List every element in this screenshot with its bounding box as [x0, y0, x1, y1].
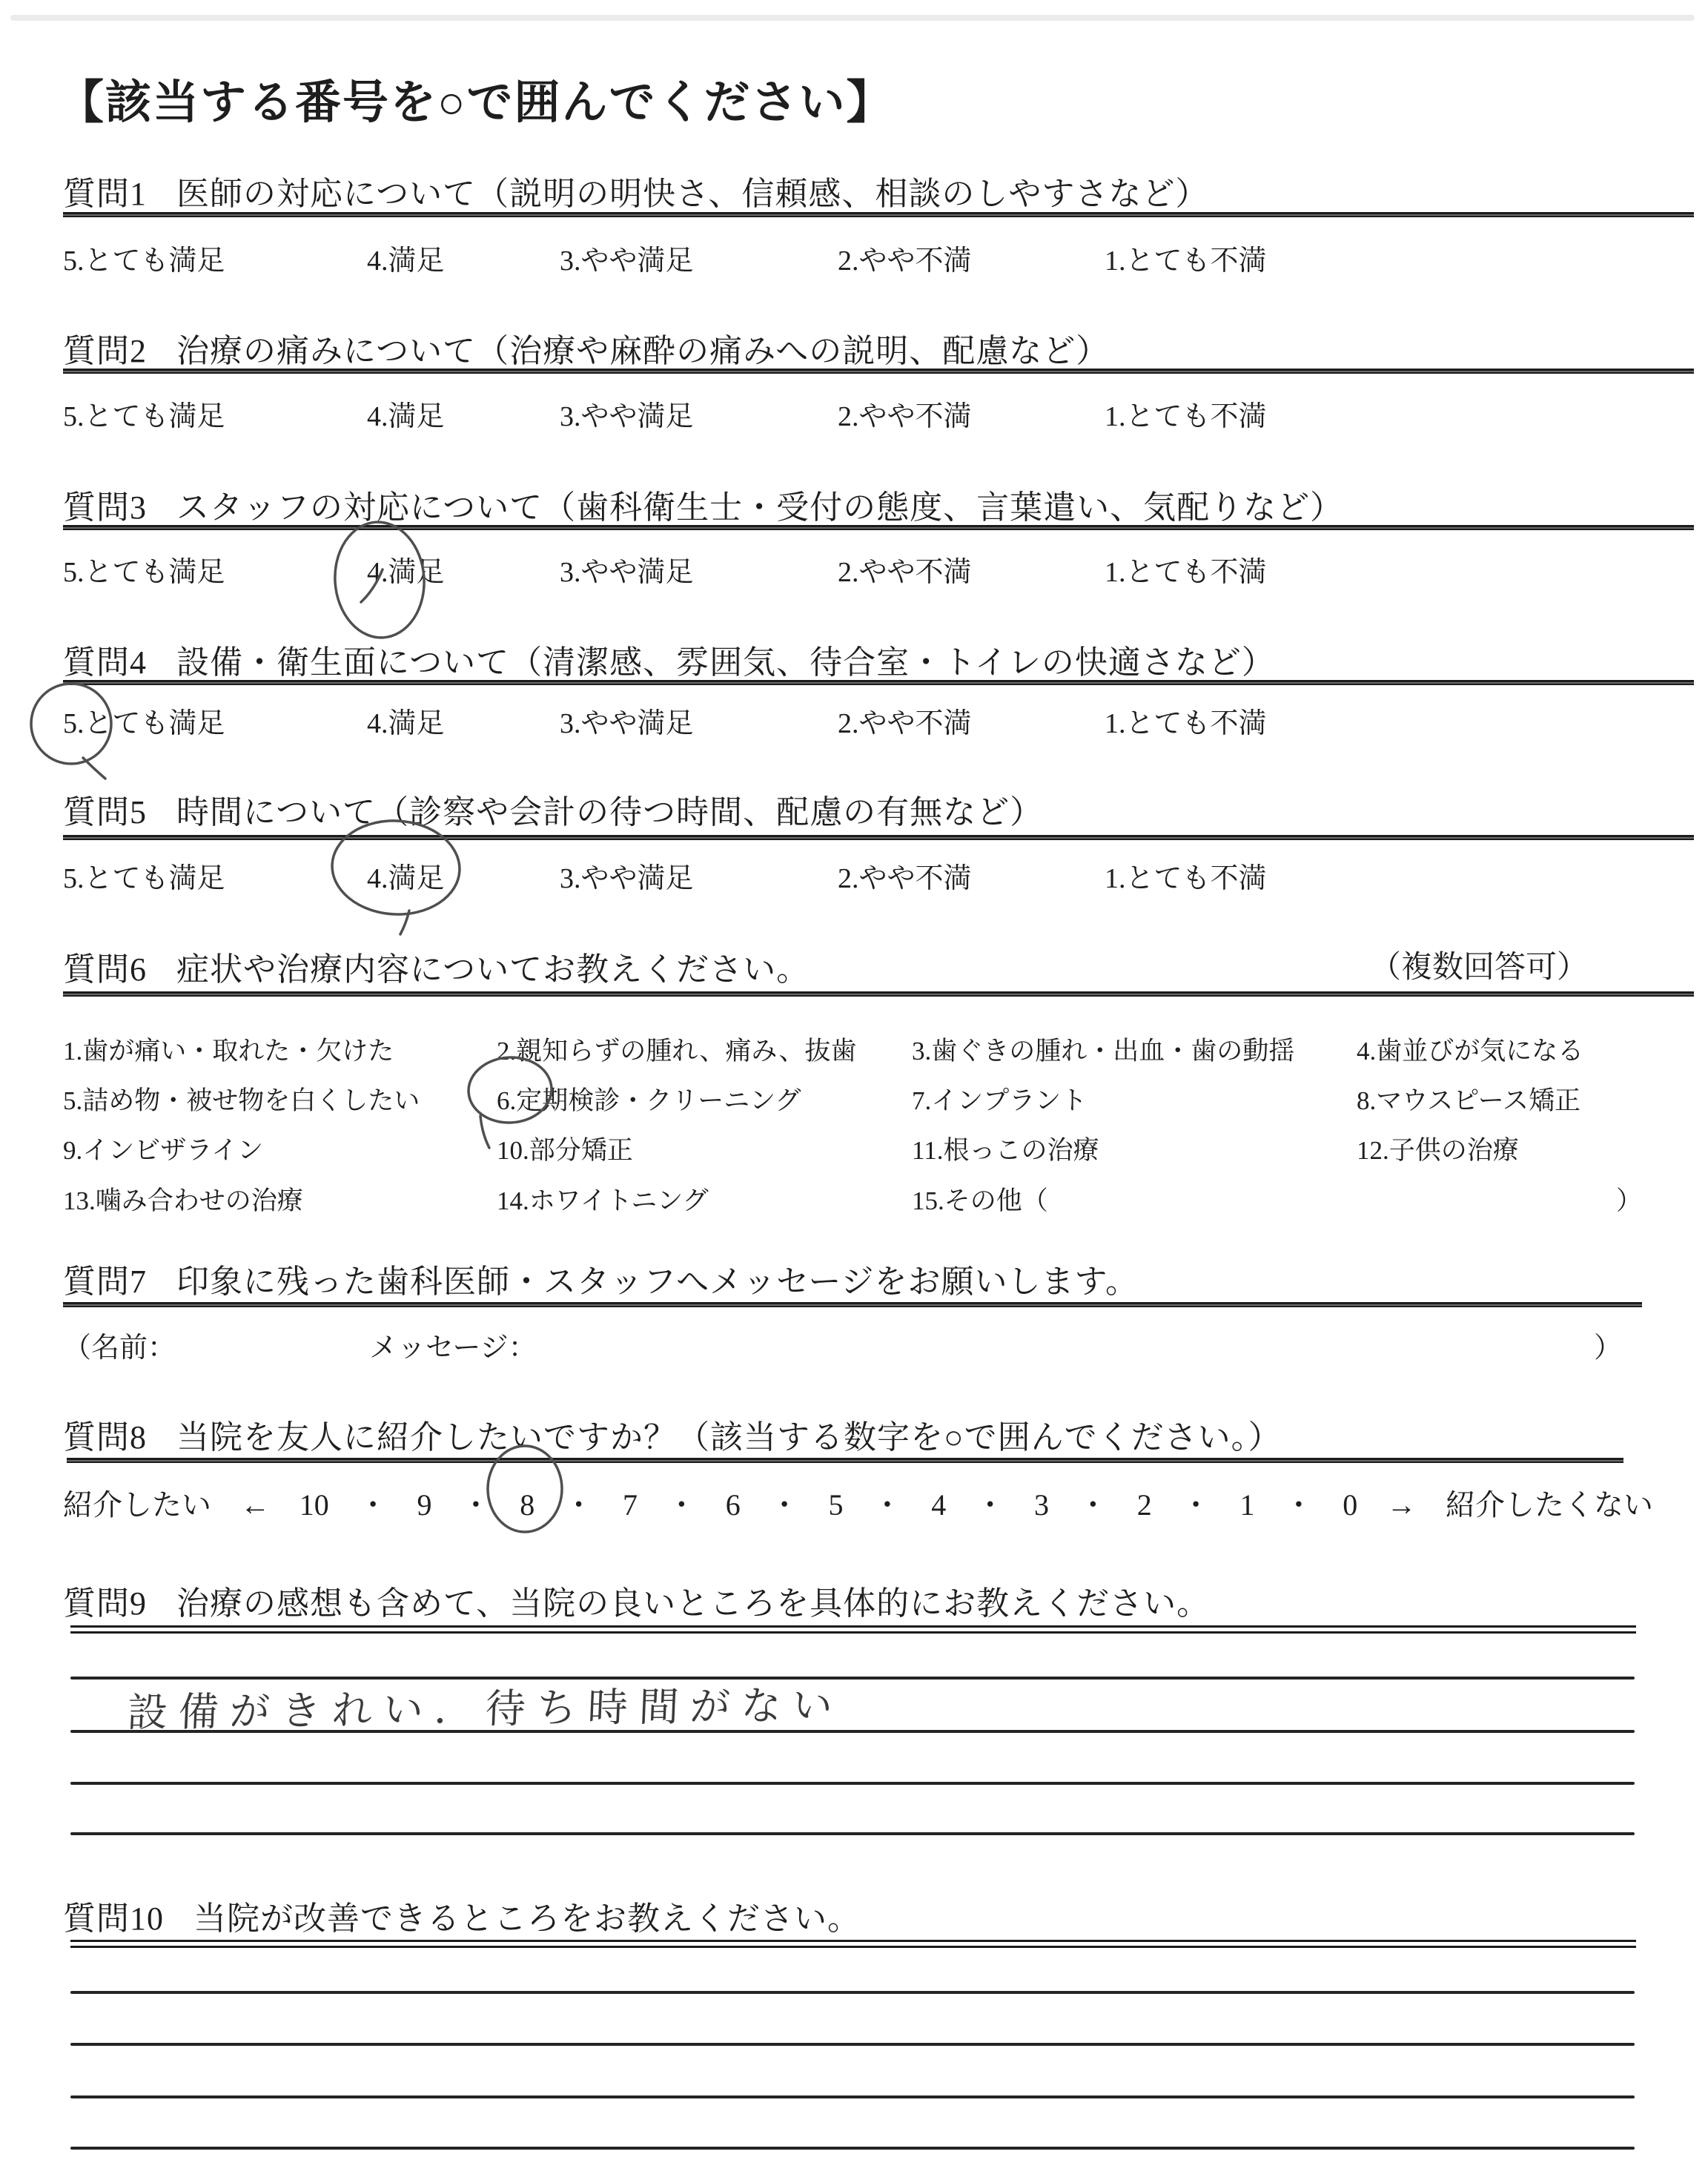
- question-5-label: 質問5: [63, 785, 147, 833]
- q8-scale-item: 1: [1240, 1487, 1255, 1522]
- q6-options-row-4: 13.噛み合わせの治療14.ホワイトニング15.その他（: [0, 1180, 1708, 1219]
- q8-scale-item: 7: [623, 1487, 638, 1522]
- question-7-label: 質問7: [63, 1255, 147, 1302]
- rating-option: 1.とても不満: [1105, 549, 1267, 589]
- q8-scale-item: ・: [666, 1482, 696, 1524]
- answer-circle-q4-tail: [83, 758, 105, 779]
- rating-option: 5.とても満足: [63, 393, 225, 434]
- q8-scale-item: ←: [240, 1487, 270, 1522]
- question-4-label: 質問4: [63, 635, 147, 683]
- writing-line: [70, 2147, 1635, 2150]
- q8-scale-item: 4: [931, 1487, 946, 1522]
- rating-option: 2.やや不満: [838, 855, 972, 896]
- writing-line: [70, 1832, 1635, 1835]
- q8-scale-item: 8: [520, 1487, 534, 1522]
- q7-message-field-label: メッセージ：: [369, 1324, 537, 1365]
- q8-scale-item: ・: [1181, 1482, 1211, 1524]
- rating-option: 2.やや不満: [838, 700, 972, 741]
- q6-option: 9.インビザライン: [63, 1130, 263, 1167]
- q8-scale-item: ・: [564, 1482, 594, 1524]
- rating-row-q3: 5.とても満足4.満足3.やや満足2.やや不満1.とても不満: [0, 549, 1708, 586]
- q7-close-paren: ）: [1594, 1324, 1622, 1365]
- question-9-text: 治療の感想も含めて、当院の良いところを具体的にお教えください。: [176, 1585, 1210, 1622]
- q6-option: 13.噛み合わせの治療: [63, 1180, 303, 1218]
- q6-option: 1.歯が痛い・取れた・欠けた: [63, 1031, 394, 1068]
- rule-q6: [63, 991, 1694, 997]
- q6-option: 12.子供の治療: [1357, 1130, 1519, 1167]
- rating-option: 3.やや満足: [560, 393, 694, 434]
- rating-option: 3.やや満足: [560, 855, 694, 896]
- rule-q4: [63, 680, 1694, 685]
- rating-row-q2: 5.とても満足4.満足3.やや満足2.やや不満1.とても不満: [0, 393, 1708, 430]
- question-5-text: 時間について（診察や会計の待つ時間、配慮の有無など）: [176, 794, 1043, 830]
- rating-option: 1.とても不満: [1105, 393, 1267, 434]
- writing-line: [70, 1991, 1635, 1994]
- rating-row-q1: 5.とても満足4.満足3.やや満足2.やや不満1.とても不満: [0, 237, 1708, 274]
- q6-option: 4.歯並びが気になる: [1357, 1031, 1583, 1068]
- q6-option: 7.インプラント: [912, 1080, 1087, 1117]
- rule-q1: [63, 212, 1694, 217]
- question-6-text: 症状や治療内容についてお教えください。: [176, 951, 810, 988]
- question-2-title: 質問2治療の痛みについて（治療や麻酔の痛みへの説明、配慮など）: [63, 324, 1109, 371]
- q8-scale-item: 3: [1034, 1487, 1049, 1522]
- rating-row-q4: 5.とても満足4.満足3.やや満足2.やや不満1.とても不満: [0, 700, 1708, 737]
- question-6-note: （複数回答可）: [1370, 942, 1588, 987]
- writing-line: [70, 1730, 1635, 1733]
- question-5-title: 質問5時間について（診察や会計の待つ時間、配慮の有無など）: [63, 785, 1043, 833]
- rating-option: 3.やや満足: [560, 700, 694, 741]
- q8-nps-scale: 紹介したい←10・9・8・7・6・5・4・3・2・1・0→紹介したくない: [63, 1482, 1653, 1524]
- rating-option: 5.とても満足: [63, 700, 225, 741]
- q6-option: 5.詰め物・被せ物を白くしたい: [63, 1080, 420, 1117]
- q8-scale-item: →: [1387, 1487, 1417, 1522]
- q6-options-row-1: 1.歯が痛い・取れた・欠けた2.親知らずの腫れ、痛み、抜歯3.歯ぐきの腫れ・出血…: [0, 1031, 1708, 1069]
- form-title: 【該当する番号を○で囲んでください】: [58, 65, 893, 131]
- rating-option: 3.やや満足: [560, 549, 694, 589]
- q8-scale-item: 6: [726, 1487, 741, 1522]
- q6-option: 3.歯ぐきの腫れ・出血・歯の動揺: [912, 1031, 1294, 1068]
- q6-option: 10.部分矯正: [497, 1130, 633, 1167]
- question-8-text: 当院を友人に紹介したいですか？（該当する数字を○で囲んでください。）: [176, 1419, 1282, 1456]
- question-6-title: 質問6症状や治療内容についてお教えください。: [63, 942, 810, 990]
- question-3-label: 質問3: [63, 480, 147, 528]
- question-10-label: 質問10: [63, 1892, 164, 1939]
- q8-scale-item: ・: [873, 1482, 902, 1524]
- rating-option: 2.やや不満: [838, 237, 972, 278]
- q7-name-field-label: （名前：: [63, 1324, 176, 1365]
- rule-q9: [70, 1625, 1636, 1634]
- rating-option: 1.とても不満: [1105, 855, 1267, 896]
- question-8-label: 質問8: [63, 1410, 147, 1458]
- writing-line: [70, 2095, 1635, 2098]
- question-10-title: 質問10当院が改善できるところをお教えください。: [63, 1892, 861, 1939]
- question-3-title: 質問3スタッフの対応について（歯科衛生士・受付の態度、言葉遣い、気配りなど）: [63, 480, 1343, 528]
- rating-option: 4.満足: [367, 549, 445, 589]
- question-7-title: 質問7印象に残った歯科医師・スタッフへメッセージをお願いします。: [63, 1255, 1139, 1302]
- q8-scale-item: ・: [1284, 1482, 1314, 1524]
- rating-option: 4.満足: [367, 700, 445, 741]
- q6-option: 15.その他（: [912, 1180, 1048, 1218]
- rating-option: 5.とても満足: [63, 855, 225, 896]
- writing-line: [70, 1782, 1635, 1785]
- question-2-label: 質問2: [63, 324, 147, 371]
- q8-scale-item: 紹介したくない: [1446, 1482, 1653, 1524]
- rule-q7: [63, 1302, 1642, 1307]
- rule-q3: [63, 525, 1694, 530]
- q8-scale-item: ・: [769, 1482, 799, 1524]
- rating-option: 1.とても不満: [1105, 237, 1267, 278]
- q6-option: 8.マウスピース矯正: [1357, 1080, 1580, 1117]
- rating-option: 5.とても満足: [63, 237, 225, 278]
- rule-q2: [63, 369, 1694, 374]
- scan-artifact-line: [10, 15, 1695, 21]
- question-1-text: 医師の対応について（説明の明快さ、信頼感、相談のしやすさなど）: [176, 176, 1208, 212]
- q6-option: 11.根っこの治療: [912, 1130, 1099, 1167]
- rule-q8: [67, 1458, 1623, 1463]
- question-4-text: 設備・衛生面について（清潔感、雰囲気、待合室・トイレの快適さなど）: [176, 644, 1275, 681]
- rating-option: 1.とても不満: [1105, 700, 1267, 741]
- rating-option: 2.やや不満: [838, 393, 972, 434]
- writing-line: [70, 2043, 1635, 2046]
- question-1-label: 質問1: [63, 167, 147, 214]
- question-1-title: 質問1医師の対応について（説明の明快さ、信頼感、相談のしやすさなど）: [63, 167, 1208, 214]
- question-10-text: 当院が改善できるところをお教えください。: [193, 1900, 861, 1937]
- rule-q10: [70, 1940, 1636, 1948]
- q8-scale-item: 5: [829, 1487, 844, 1522]
- question-9-label: 質問9: [63, 1576, 147, 1624]
- q8-scale-item: 2: [1137, 1487, 1152, 1522]
- q8-scale-item: ・: [976, 1482, 1005, 1524]
- q8-scale-item: ・: [461, 1482, 491, 1524]
- survey-form-scan: 【該当する番号を○で囲んでください】 質問1医師の対応について（説明の明快さ、信…: [0, 0, 1708, 2160]
- question-9-title: 質問9治療の感想も含めて、当院の良いところを具体的にお教えください。: [63, 1576, 1210, 1624]
- rule-q5: [63, 835, 1694, 840]
- rating-option: 2.やや不満: [838, 549, 972, 589]
- q8-scale-item: 0: [1343, 1487, 1357, 1522]
- question-8-title: 質問8当院を友人に紹介したいですか？（該当する数字を○で囲んでください。）: [63, 1410, 1282, 1458]
- question-4-title: 質問4設備・衛生面について（清潔感、雰囲気、待合室・トイレの快適さなど）: [63, 635, 1275, 683]
- rating-option: 4.満足: [367, 393, 445, 434]
- q8-scale-item: 10: [299, 1487, 329, 1522]
- q6-option: 14.ホワイトニング: [497, 1180, 709, 1218]
- q6-option: 6.定期検診・クリーニング: [497, 1080, 801, 1117]
- rating-option: 4.満足: [367, 855, 445, 896]
- answer-circle-q5-tail: [400, 911, 409, 934]
- q6-options-row-2: 5.詰め物・被せ物を白くしたい6.定期検診・クリーニング7.インプラント8.マウ…: [0, 1080, 1708, 1119]
- question-3-text: スタッフの対応について（歯科衛生士・受付の態度、言葉遣い、気配りなど）: [176, 489, 1343, 526]
- q6-option: 2.親知らずの腫れ、痛み、抜歯: [497, 1031, 856, 1068]
- rating-option: 5.とても満足: [63, 549, 225, 589]
- question-7-text: 印象に残った歯科医師・スタッフへメッセージをお願いします。: [176, 1264, 1139, 1300]
- q7-answer-row: （名前： メッセージ： ）: [0, 1324, 1708, 1361]
- q8-scale-item: 9: [417, 1487, 432, 1522]
- q6-other-close-paren: ）: [1616, 1180, 1642, 1218]
- q6-options-row-3: 9.インビザライン10.部分矯正11.根っこの治療12.子供の治療: [0, 1130, 1708, 1169]
- rating-row-q5: 5.とても満足4.満足3.やや満足2.やや不満1.とても不満: [0, 855, 1708, 892]
- question-2-text: 治療の痛みについて（治療や麻酔の痛みへの説明、配慮など）: [176, 333, 1109, 369]
- question-6-label: 質問6: [63, 942, 147, 990]
- rating-option: 3.やや満足: [560, 237, 694, 278]
- q8-scale-item: ・: [358, 1482, 388, 1524]
- rating-option: 4.満足: [367, 237, 445, 278]
- q8-scale-item: ・: [1078, 1482, 1108, 1524]
- q8-scale-item: 紹介したい: [63, 1482, 211, 1524]
- q9-handwritten-answer: 設備がきれい．待ち時間がない: [126, 1674, 844, 1738]
